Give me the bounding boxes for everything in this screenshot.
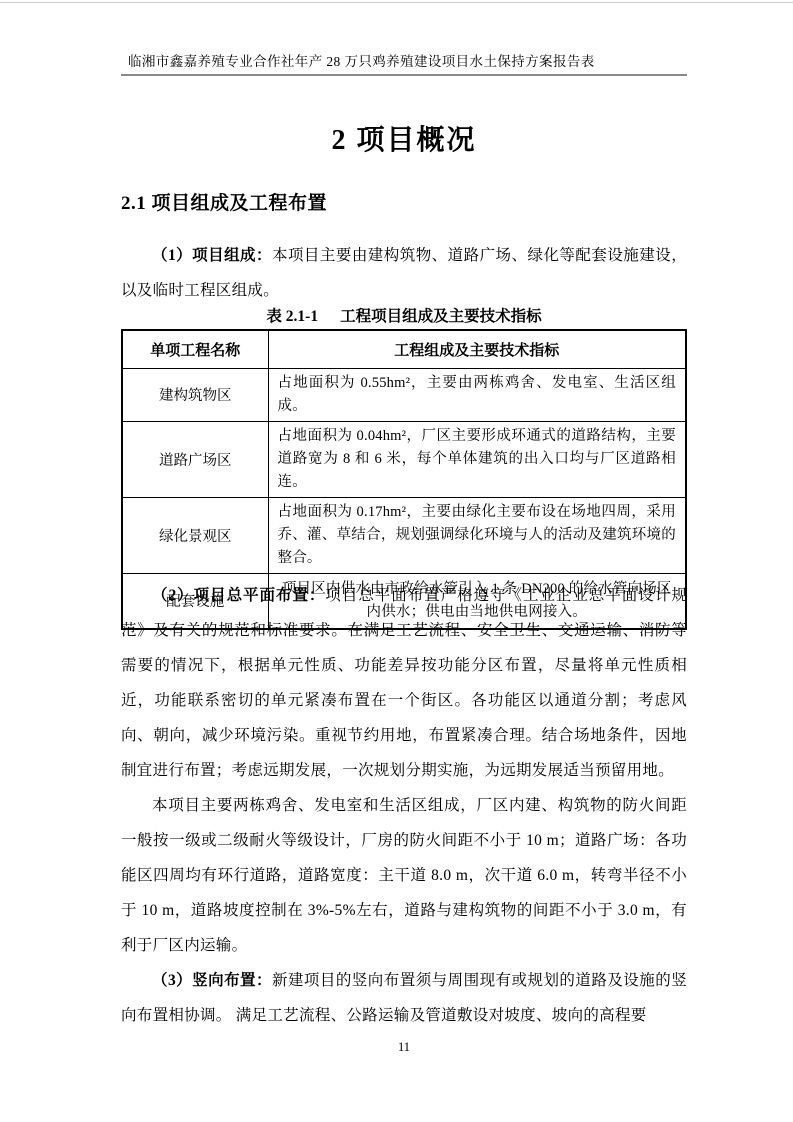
- header-divider-line: [121, 74, 687, 76]
- table-caption-title: 工程项目组成及主要技术指标: [340, 308, 542, 325]
- table-caption-number: 表 2.1-1: [266, 308, 318, 325]
- description-cell: 占地面积为 0.55hm²，主要由两栋鸡舍、发电室、生活区组成。: [268, 368, 686, 421]
- running-header: 临湘市鑫嘉养殖专业合作社年产 28 万只鸡养殖建设项目水土保持方案报告表: [128, 50, 595, 70]
- document-content: 临湘市鑫嘉养殖专业合作社年产 28 万只鸡养殖建设项目水土保持方案报告表 2 项…: [121, 0, 687, 1122]
- project-name-cell: 绿化景观区: [122, 497, 268, 573]
- table-row: 绿化景观区占地面积为 0.17hm²，主要由绿化主要布设在场地四周，采用乔、灌、…: [122, 497, 686, 573]
- table-caption: 表 2.1-1工程项目组成及主要技术指标: [121, 304, 687, 326]
- description-cell: 占地面积为 0.17hm²，主要由绿化主要布设在场地四周，采用乔、灌、草结合，规…: [268, 497, 686, 573]
- chapter-title: 2 项目概况: [121, 118, 687, 158]
- paragraph-text: 本项目主要两栋鸡舍、发电室和生活区组成，厂区内建、构筑物的防火间距一般按一级或二…: [121, 797, 687, 954]
- paragraph-project-composition: （1）项目组成：本项目主要由建构筑物、道路广场、绿化等配套设施建设，以及临时工程…: [121, 238, 687, 308]
- description-cell: 占地面积为 0.04hm²，厂区主要形成环通式的道路结构，主要道路宽为 8 和 …: [268, 421, 686, 497]
- project-name-cell: 道路广场区: [122, 421, 268, 497]
- table-head: 单项工程名称 工程组成及主要技术指标: [122, 330, 686, 368]
- paragraph-vertical-layout: （3）竖向布置：新建项目的竖向布置须与周围现有或规划的道路及设施的竖向布置相协调…: [121, 963, 687, 1033]
- table-row: 道路广场区占地面积为 0.04hm²，厂区主要形成环通式的道路结构，主要道路宽为…: [122, 421, 686, 497]
- table-row: 建构筑物区占地面积为 0.55hm²，主要由两栋鸡舍、发电室、生活区组成。: [122, 368, 686, 421]
- paragraph-layout: （2）项目总平面布置：项目总平面布置严格遵守《工业企业总平面设计规范》及有关的规…: [121, 578, 687, 788]
- body-paragraphs: （2）项目总平面布置：项目总平面布置严格遵守《工业企业总平面设计规范》及有关的规…: [121, 578, 687, 1033]
- project-name-cell: 建构筑物区: [122, 368, 268, 421]
- document-page: { "page": { "header_text": "临湘市鑫嘉养殖专业合作社…: [0, 0, 793, 1122]
- column-header-project-name: 单项工程名称: [122, 330, 268, 368]
- paragraph-label: （2）项目总平面布置：: [152, 587, 325, 604]
- paragraph-text: 项目总平面布置严格遵守《工业企业总平面设计规范》及有关的规范和标准要求。在满足工…: [121, 587, 687, 779]
- paragraph-fire-roads: 本项目主要两栋鸡舍、发电室和生活区组成，厂区内建、构筑物的防火间距一般按一级或二…: [121, 788, 687, 963]
- section-heading: 2.1 项目组成及工程布置: [121, 188, 327, 215]
- paragraph-label: （1）项目组成：: [152, 247, 272, 264]
- column-header-indicators: 工程组成及主要技术指标: [268, 330, 686, 368]
- table-header-row: 单项工程名称 工程组成及主要技术指标: [122, 330, 686, 368]
- paragraph-label: （3）竖向布置：: [152, 972, 272, 989]
- page-number: 11: [121, 1040, 687, 1055]
